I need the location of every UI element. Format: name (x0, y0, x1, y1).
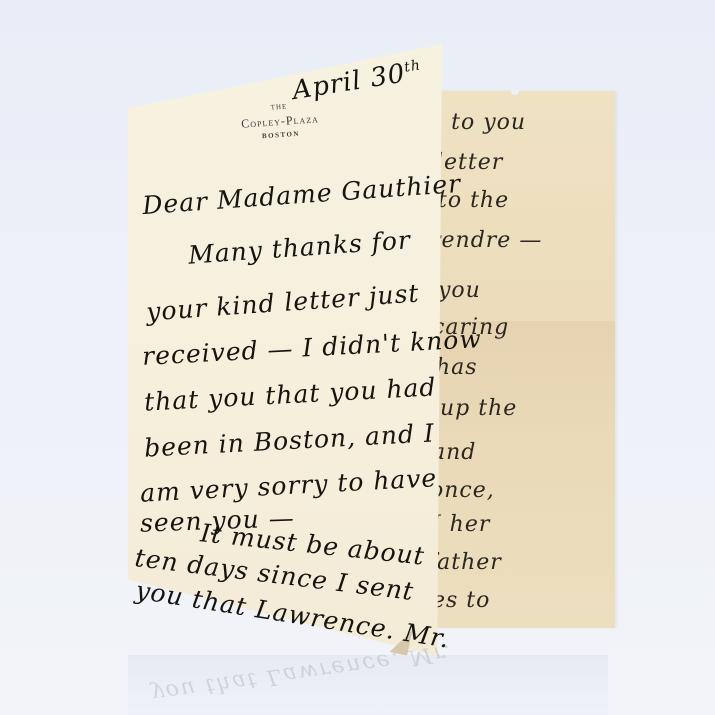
back-line: I her (432, 512, 490, 537)
page-notch (511, 89, 519, 95)
back-line: es to (432, 588, 490, 613)
back-line: you (438, 278, 481, 303)
hotel-letterhead: THE Copley-Plaza BOSTON (229, 100, 331, 143)
back-line: once, (430, 478, 495, 503)
back-line: has (436, 355, 478, 380)
back-line: n to you (428, 110, 526, 135)
back-line: rendre — (430, 228, 542, 253)
back-line: up the (440, 396, 517, 421)
photo-scene: n to you letter to the rendre — you cari… (0, 0, 715, 715)
back-line: father (428, 550, 502, 575)
date-suffix: th (403, 57, 422, 75)
